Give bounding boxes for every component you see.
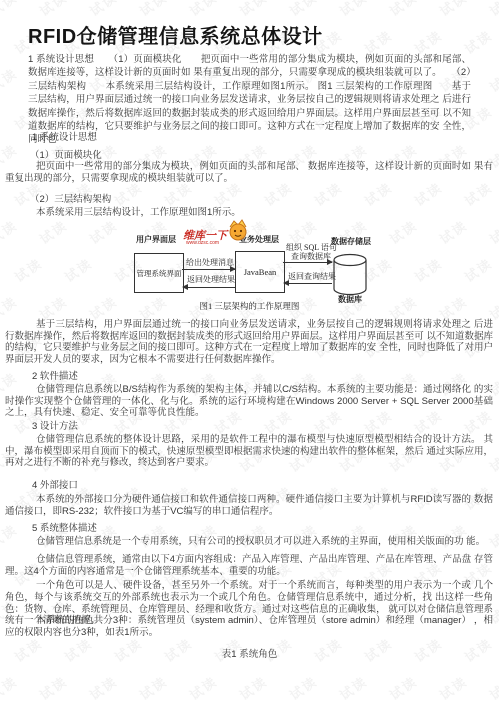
paragraph: 仓储管理信息系统以B/S结构作为系统的架构主体，并辅以C/S结构。本系统的主要功… [5,384,493,419]
watermark-text: 试读 [185,671,220,704]
table-caption: 表1 系统角色 [0,646,499,660]
watermark-text: 试读 [285,0,320,20]
arrow-query-result [284,283,332,284]
watermark-text: 试读 [135,0,170,20]
sub-heading: （1）页面模块化 [30,147,102,161]
paragraph: 把页面中一些常用的部分集成为模块，例如页面的头部和尾部、 数据库连接等，这样设计… [5,161,493,185]
dzsc-logo-watermark: 维库一下 www.dzsc.com [183,219,253,249]
section-heading: 1 系统设计思想 [32,129,97,143]
watermark-text: 试读 [435,671,470,704]
layer-label-ui: 用户界面层 [136,234,176,245]
watermark-text: 试读 [85,671,120,704]
watermark-text: 试读 [0,671,21,704]
arrow-request [182,269,235,270]
paragraph: 本系统的外部接口分为硬件通信接口和软件通信接口两种。硬件通信接口主要为计算机与R… [5,494,493,518]
javabean-box: JavaBean [235,251,285,293]
watermark-text: 试读 [485,63,499,96]
figure-caption: 图1 三层架构的工作原理图 [0,300,499,312]
paragraph: 基于三层结构，用户界面层通过统一的接口向业务层发送请求，业务层按自己的逻辑规则将… [5,319,493,365]
watermark-text: 试读 [285,671,320,704]
dzsc-mascot-icon [225,217,251,248]
watermark-text: 试读 [0,0,21,20]
section-heading: 4 外部接口 [32,477,78,491]
paragraph: 仓储管理信息系统是一个专用系统，只有公司的授权职员才可以进入系统的主界面，使用相… [5,536,493,548]
watermark-text: 试读 [485,671,499,704]
sub-heading: （2）三层结构架构 [30,191,111,205]
watermark-text: 试读 [335,0,370,20]
paragraph: 仓储管理信息系统的整体设计思路，采用的是软件工程中的瀑布模型与快速原型模型相结合… [5,434,493,469]
watermark-text: 试读 [0,63,21,96]
watermark-text: 试读 [185,0,220,20]
document-page: RFID仓储管理信息系统总体设计 1 系统设计思想 （1）页面模块化 把页面中一… [0,0,499,706]
page-title: RFID仓储管理信息系统总体设计 [28,20,323,49]
watermark-text: 试读 [435,0,470,20]
section-heading: 2 软件描述 [32,368,78,382]
watermark-text: 试读 [135,671,170,704]
section-heading: 5 系统整体描述 [32,520,97,534]
arrow-label-result: 返回查询结果 [288,271,336,282]
paragraph: 本系统的角色共分3种：系统管理员（system admin）、仓库管理员（sto… [5,615,493,639]
arrow-sql-query [283,262,332,263]
arrow-label-response: 返回处理结果 [187,274,235,285]
dzsc-logo-url: www.dzsc.com [186,240,219,246]
watermark-text: 试读 [235,671,270,704]
watermark-text: 试读 [35,671,70,704]
watermark-text: 试读 [35,0,70,20]
watermark-text: 试读 [385,0,420,20]
paragraph: 仓储信息管理系统，通常由以下4方面内容组成：产品入库管理、产品出库管理、产品在库… [5,554,493,578]
arrow-response [183,287,235,288]
watermark-text: 试读 [235,0,270,20]
layer-label-storage: 数据存储层 [331,236,371,247]
ui-layer-box: 管理系统界面 [134,253,184,293]
figure-three-tier-architecture: 用户界面层 业务处理层 数据存储层 维库一下 www.dzsc.com 管理系统… [0,222,499,317]
watermark-text: 试读 [335,671,370,704]
watermark-text: 试读 [485,0,499,20]
arrow-label-sql-2: 查询数据库 [291,251,331,262]
watermark-text: 试读 [85,0,120,20]
arrow-label-request: 给出处理消息 [186,257,234,268]
watermark-text: 试读 [385,671,420,704]
section-heading: 3 设计方法 [32,418,78,432]
